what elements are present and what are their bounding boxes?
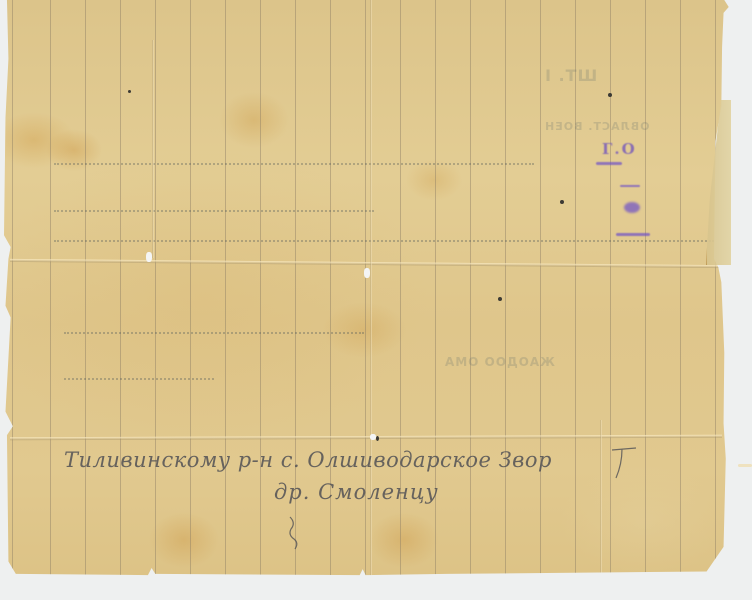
ink-spot [498,297,502,301]
stamp-mark [620,185,640,187]
paper-thread [738,464,752,467]
stamp-mark [616,233,650,236]
fold-line [600,420,602,576]
ink-spot [376,436,379,441]
pencil-mark [610,446,640,482]
stamp-mark [624,202,640,213]
paper-hole [364,268,370,278]
ink-spot [608,93,612,97]
ink-spot [560,200,564,204]
paper-sheet: ШТ. I ОВЛАСТ. ВОЕН ЖАОДОО ОМА Г.О Тиливи… [4,0,742,588]
handwritten-address-line-1: Тиливинскому р-н с. Олшиводарское Звор [64,448,552,472]
ghost-print-row [64,332,364,334]
stamp-mark [596,162,622,165]
ghost-print-row [64,378,214,380]
ghost-print-text: ОВЛАСТ. ВОЕН [544,120,649,133]
fold-line [152,40,154,258]
ghost-print-text: ШТ. I [544,66,597,85]
ghost-print-row [54,163,534,165]
stamp-text: Г.О [602,140,637,158]
scanned-document: ШТ. I ОВЛАСТ. ВОЕН ЖАОДОО ОМА Г.О Тиливи… [0,0,752,600]
ghost-print-text: ЖАОДОО ОМА [444,355,555,369]
ink-spot [128,90,131,93]
paper-hole [146,252,152,262]
ghost-print-row [54,210,374,212]
handwritten-address-line-2: др. Смоленцу [274,480,439,504]
pencil-squiggle [286,515,306,551]
